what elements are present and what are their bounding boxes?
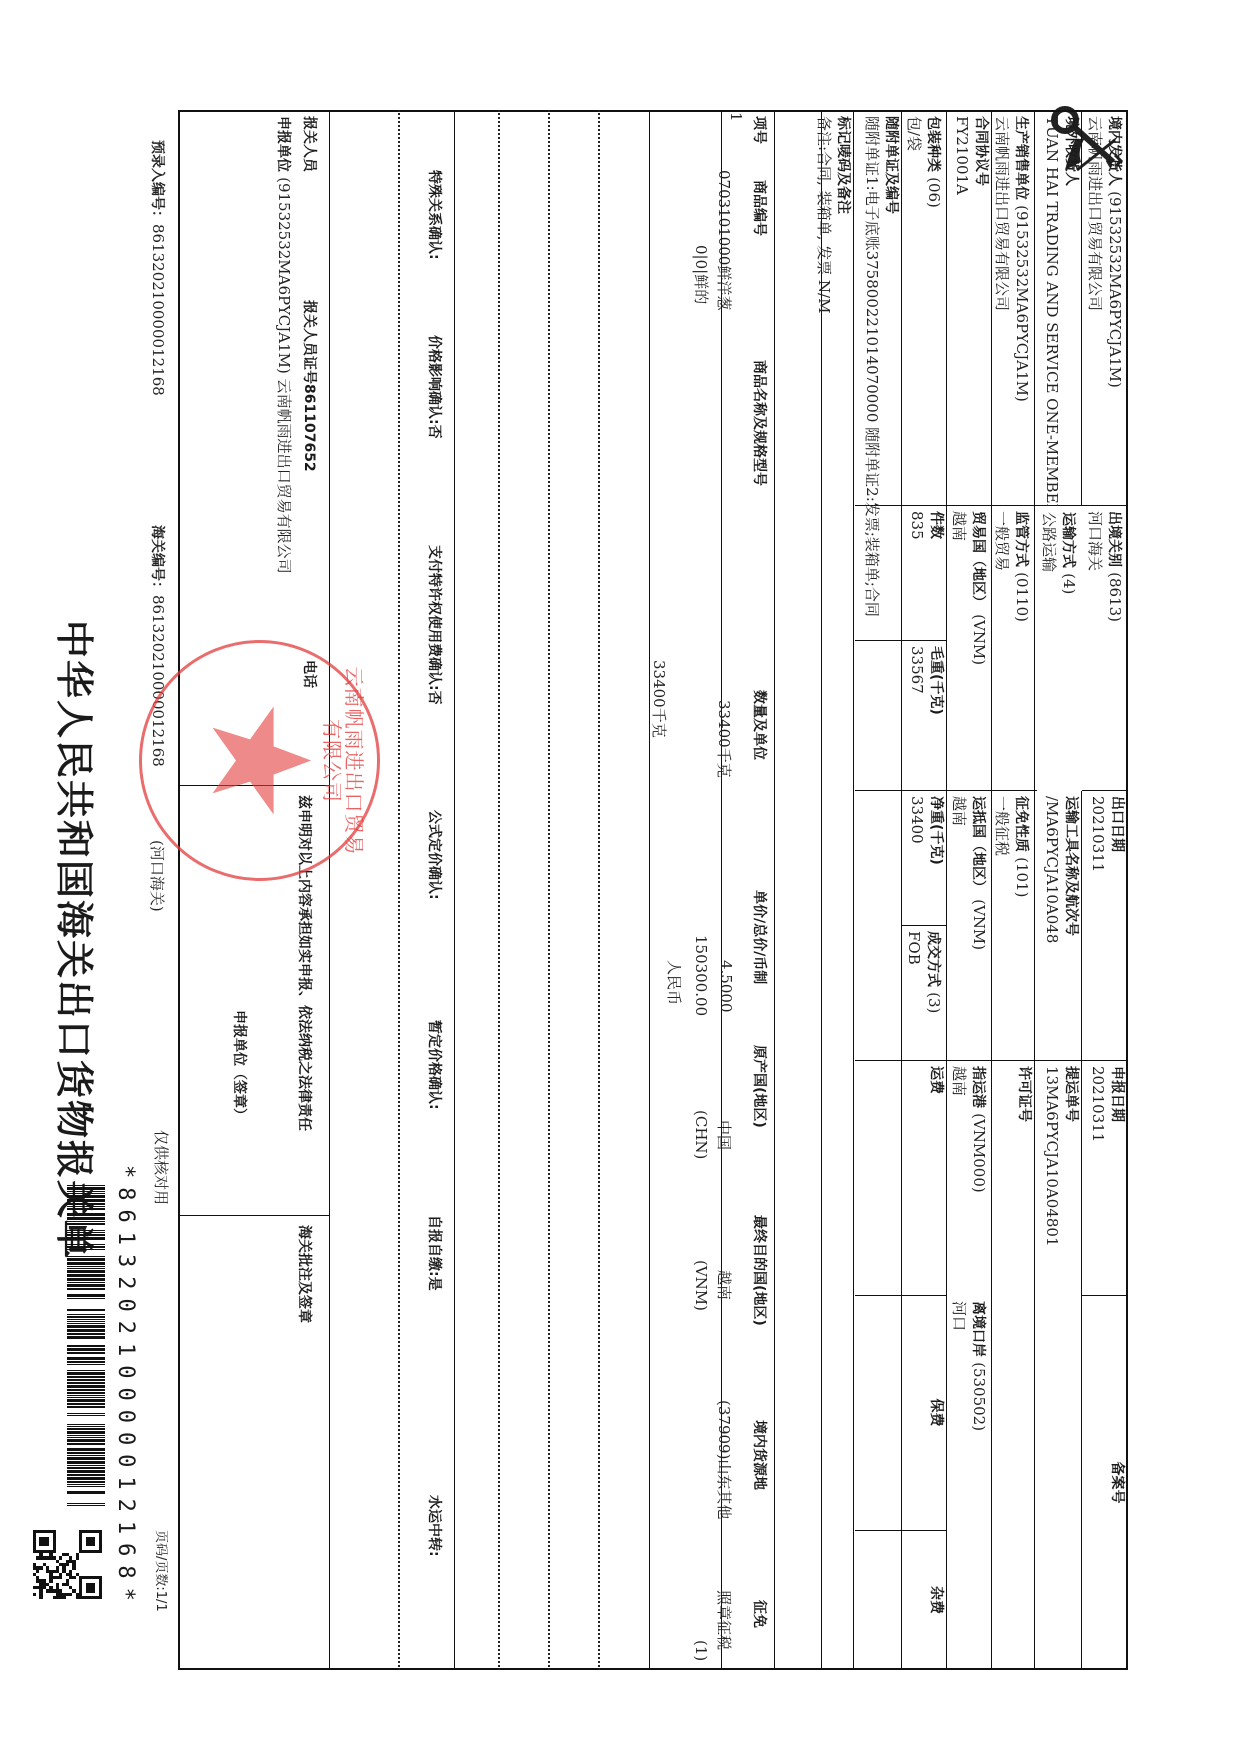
col-header-final-dest: 最终目的国(地区) <box>750 1215 770 1326</box>
marks-field: 标记唛码及备注 备注:合同, 装箱单, 发票 N/M <box>812 110 854 1670</box>
final-dest: 越南 <box>714 1270 735 1300</box>
declare-unit-label: 申报单位 <box>275 116 291 172</box>
export-date-value: 20210311 <box>1089 796 1108 1054</box>
producer-label: 生产销售单位 <box>1013 116 1029 200</box>
dest-port-field: 指运港 (VNM000) 越南 <box>947 1060 992 1295</box>
col-header-qty: 数量及单位 <box>750 690 770 760</box>
supervision-mode-label: 监管方式 <box>1013 511 1029 567</box>
producer-value: 云南帆雨进出口贸易有限公司 <box>993 116 1012 499</box>
col-header-source: 境内货源地 <box>750 1420 770 1490</box>
royalty-confirm: 支付特许权使用费确认:否 <box>425 545 445 705</box>
marks-label: 标记唛码及备注 <box>834 116 852 1664</box>
customs-no-label: 海关编号： <box>149 525 165 595</box>
page-info: 页码/页数:1/1 <box>153 1530 172 1612</box>
barcode-text: *861320210000012168* <box>113 1165 138 1610</box>
trade-country-code: (VNM) <box>970 614 988 665</box>
special-relation-confirm: 特殊关系确认: <box>425 170 445 260</box>
qty-declared: 33400千克 <box>649 660 670 738</box>
dest-country-value: 越南 <box>950 796 969 1054</box>
export-date-field: 出口日期 20210311 <box>1086 790 1128 1060</box>
insurance-field: 保费 <box>924 1295 948 1530</box>
declare-unit: 申报单位 (91532532MA6PYCJA1M) 云南帆雨进出口贸易有限公司 <box>274 116 295 574</box>
trade-country-value: 越南 <box>950 511 969 784</box>
attached-docs-field: 随附单证及编号 随附单证1:电子底账375800221014070000 随附单… <box>860 110 902 1670</box>
levy-nature-field: 征免性质 (101) 一般征税 <box>990 790 1035 1060</box>
goods-name: 鲜洋葱 <box>715 265 733 310</box>
pre-entry-value: 861320210000012168 <box>149 224 167 396</box>
license-no-field: 许可证号 <box>1012 1060 1036 1295</box>
exit-customs-field: 出境关别 (8613) 河口海关 <box>1083 505 1128 790</box>
gross-weight-value: 33567 <box>908 646 927 784</box>
net-weight-value: 33400 <box>908 796 927 919</box>
exit-port-value: 河口 <box>950 1301 969 1664</box>
package-type-label: 包装种类 <box>925 116 941 172</box>
col-header-name: 商品名称及规格型号 <box>750 360 770 486</box>
gross-weight-label: 毛重(千克) <box>927 646 945 784</box>
record-no-label: 备案号 <box>1108 1301 1126 1664</box>
exit-port-label: 离境口岸 <box>970 1301 986 1357</box>
declare-date-value: 20210311 <box>1089 1066 1108 1289</box>
verify-only-note: 仅供核对用 <box>151 1130 172 1205</box>
origin-code: (CHN) <box>692 1110 710 1159</box>
package-type-field: 包装种类 (06) 包/袋 <box>902 110 947 505</box>
pre-entry-label: 预录入编号： <box>149 140 165 224</box>
levy-nature-code: (101) <box>1013 857 1031 897</box>
bill-no-label: 提运单号 <box>1062 1066 1080 1454</box>
domestic-shipper-code: (91532532MA6PYCJA1M) <box>1106 191 1124 388</box>
transport-tool-label: 运输工具名称及航次号 <box>1062 796 1080 1054</box>
dest-port-code: (VNM000) <box>970 1113 988 1193</box>
bill-no-field: 提运单号 13MA6PYCJA10A04801 <box>1040 1060 1082 1460</box>
dest-port-label: 指运港 <box>970 1066 986 1108</box>
qty-legal: 33400千克 <box>714 700 735 778</box>
bill-no-value: 13MA6PYCJA10A04801 <box>1043 1066 1062 1454</box>
declare-date-label: 申报日期 <box>1108 1066 1126 1289</box>
pre-entry-number: 预录入编号：861320210000012168 <box>148 140 168 396</box>
declarant-id: 报关人员证号861107652 <box>300 300 320 472</box>
dest-port-value: 越南 <box>950 1066 969 1289</box>
customs-declaration-sheet: 预录入编号：861320210000012168 中华人民共和国海关出口货物报关… <box>0 0 1240 1754</box>
origin-country: 中国 <box>714 1120 735 1150</box>
producer-code: (91532532MA6PYCJA1M) <box>1013 205 1031 402</box>
transport-tool-value: /MA6PYCJA10A048 <box>1043 796 1062 1054</box>
provisional-price-confirm: 暂定价格确认: <box>425 1020 445 1110</box>
pieces-label: 件数 <box>927 511 945 634</box>
exit-customs-code: (8613) <box>1106 572 1124 622</box>
attached-docs-value: 随附单证1:电子底账375800221014070000 随附单证2:发票;装箱… <box>863 116 882 1664</box>
page-title: 中华人民共和国海关出口货物报关单 <box>50 620 105 1260</box>
dest-country-label: 运抵国（地区） <box>970 796 986 894</box>
net-weight-label: 净重(千克) <box>927 796 945 919</box>
net-weight-field: 净重(千克) 33400 <box>905 790 947 925</box>
col-header-levy: 征免 <box>750 1600 770 1628</box>
misc-label: 杂费 <box>927 1536 945 1664</box>
water-transit: 水运中转: <box>425 1495 445 1557</box>
supervision-mode-code: (0110) <box>1013 572 1031 622</box>
license-no-label: 许可证号 <box>1015 1066 1033 1289</box>
deal-mode-value: FOB <box>905 931 924 1054</box>
trade-country-field: 贸易国（地区） (VNM) 越南 <box>947 505 992 790</box>
barcode-icon <box>67 1185 105 1515</box>
levy-nature-label: 征免性质 <box>1013 796 1029 852</box>
freight-field: 运费 <box>924 1060 948 1295</box>
declarant-label: 报关人员 <box>300 116 320 172</box>
seal-text: 云南帆雨进出口贸易有限公司 <box>321 661 365 861</box>
levy-code: (1) <box>692 1640 710 1661</box>
deal-mode-field: 成交方式 (3) FOB <box>902 925 947 1060</box>
transport-tool-field: 运输工具名称及航次号 /MA6PYCJA10A048 <box>1040 790 1082 1060</box>
exit-port-code: (530502) <box>970 1362 988 1431</box>
export-date-label: 出口日期 <box>1108 796 1126 1054</box>
exit-customs-value: 河口海关 <box>1086 511 1105 784</box>
formula-price-confirm: 公式定价确认: <box>425 810 445 900</box>
transport-mode-label: 运输方式 <box>1060 512 1076 568</box>
domestic-shipper-label: 境内发货人 <box>1106 116 1122 186</box>
record-no-field: 备案号 <box>1105 1295 1129 1670</box>
col-header-hs-code: 商品编号 <box>750 180 770 236</box>
trade-country-label: 贸易国（地区） <box>970 511 986 609</box>
transport-mode-code: (4) <box>1060 573 1078 594</box>
deal-mode-label: 成交方式 <box>925 931 941 987</box>
contract-no-field: 合同协议号 FY21001A <box>950 110 992 505</box>
item-no: 1 <box>727 112 745 122</box>
supervision-mode-value: 一般贸易 <box>993 511 1012 784</box>
domestic-shipper-value: 云南帆雨进出口贸易有限公司 <box>1086 116 1105 499</box>
levy-mode: 照章征税 <box>714 1590 735 1650</box>
exit-customs-label: 出境关别 <box>1106 511 1122 567</box>
supervision-mode-field: 监管方式 (0110) 一般贸易 <box>990 505 1035 790</box>
misc-field: 杂费 <box>924 1530 948 1670</box>
self-report-confirm: 自报自缴:是 <box>425 1215 445 1291</box>
levy-nature-value: 一般征税 <box>993 796 1012 1054</box>
col-header-item-no: 项号 <box>750 116 770 144</box>
final-dest-code: (VNM) <box>692 1260 710 1311</box>
producer-field: 生产销售单位 (91532532MA6PYCJA1M) 云南帆雨进出口贸易有限公… <box>990 110 1035 505</box>
unit-price: 4.5000 <box>717 960 735 1013</box>
domestic-shipper-field: 境内发货人 (91532532MA6PYCJA1M) 云南帆雨进出口贸易有限公司 <box>1083 110 1128 505</box>
contract-no-label: 合同协议号 <box>972 116 990 499</box>
hs-code: 0703101000 <box>715 170 733 265</box>
transport-mode-value: 公路运输 <box>1040 512 1059 785</box>
insurance-label: 保费 <box>927 1301 945 1524</box>
currency: 人民币 <box>664 960 685 1005</box>
pieces-field: 件数 835 <box>905 505 947 640</box>
exit-port-field: 离境口岸 (530502) 河口 <box>947 1295 992 1670</box>
price-impact-confirm: 价格影响确认:否 <box>425 335 445 439</box>
declare-unit-value: (91532532MA6PYCJA1M) 云南帆雨进出口贸易有限公司 <box>275 177 293 574</box>
total-price: 150300.00 <box>692 935 710 1016</box>
pieces-value: 835 <box>908 511 927 634</box>
company-seal-stamp: 云南帆雨进出口贸易有限公司 <box>139 640 380 881</box>
gross-weight-field: 毛重(千克) 33567 <box>905 640 947 790</box>
customs-sign-label: 海关批注及签章 <box>295 1225 315 1323</box>
dest-country-field: 运抵国（地区） (VNM) 越南 <box>947 790 992 1060</box>
qr-code-icon <box>33 1530 102 1599</box>
declare-date-field: 申报日期 20210311 <box>1086 1060 1128 1295</box>
attached-docs-label: 随附单证及编号 <box>882 116 900 1664</box>
contract-no-value: FY21001A <box>953 116 972 499</box>
sign-label: 申报单位（签章） <box>230 1010 250 1122</box>
col-header-origin: 原产国(地区) <box>750 1045 770 1128</box>
goods-source: (37909)山东其他 <box>714 1400 735 1519</box>
package-type-code: (06) <box>925 177 943 208</box>
freight-label: 运费 <box>927 1066 945 1289</box>
goods-spec: 0|0|鲜的 <box>691 245 712 304</box>
col-header-price: 单价/总价/币制 <box>750 890 770 984</box>
package-type-value: 包/袋 <box>905 116 924 499</box>
deal-mode-code: (3) <box>925 992 943 1013</box>
dest-country-code: (VNM) <box>970 899 988 950</box>
transport-mode-field: 运输方式 (4) 公路运输 <box>1037 506 1082 791</box>
marks-value: 备注:合同, 装箱单, 发票 N/M <box>815 116 834 1664</box>
goods-code-name: 0703101000鲜洋葱 <box>714 170 735 310</box>
